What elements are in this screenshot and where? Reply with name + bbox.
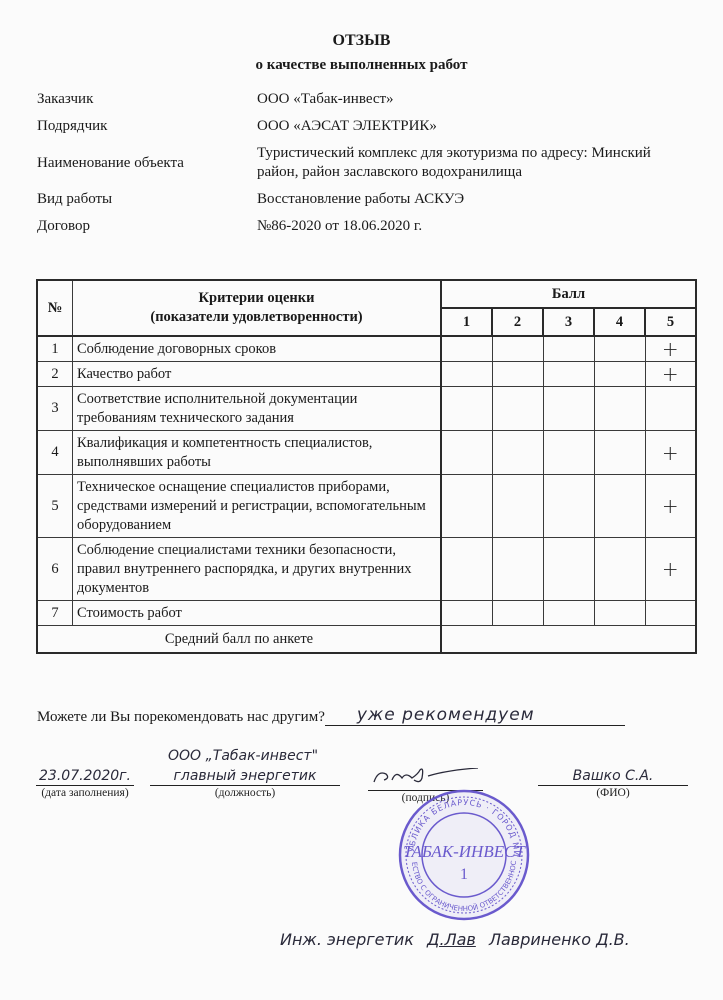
score-cell-2[interactable]	[492, 336, 543, 362]
score-cell-2[interactable]	[492, 601, 543, 626]
bottom-signature-block: Инж. энергетик Д.Лав Лавриненко Д.В.	[280, 930, 630, 949]
row-criteria: Стоимость работ	[73, 601, 442, 626]
score-cell-5[interactable]	[645, 387, 696, 431]
table-row: 2Качество работ+	[37, 362, 696, 387]
score-cell-2[interactable]	[492, 431, 543, 475]
score-cell-3[interactable]	[543, 475, 594, 538]
score-cell-4[interactable]	[594, 475, 645, 538]
info-label: Вид работы	[37, 190, 257, 209]
recommend-question: Можете ли Вы порекомендовать нас другим?	[37, 709, 325, 726]
score-cell-4[interactable]	[594, 336, 645, 362]
info-label: Подрядчик	[37, 117, 257, 136]
table-row: 3Соответствие исполнительной документаци…	[37, 387, 696, 431]
score-cell-5[interactable]: +	[645, 336, 696, 362]
position-caption: (должность)	[150, 787, 340, 799]
row-criteria: Техническое оснащение специалистов прибо…	[73, 475, 442, 538]
score-column-2: 2	[492, 308, 543, 336]
document-subtitle: о качестве выполненных работ	[0, 57, 723, 74]
stamp-company-name: ТАБАК-ИНВЕСТ	[403, 842, 526, 861]
row-criteria: Соблюдение специалистами техники безопас…	[73, 538, 442, 601]
bottom-name: Лавриненко Д.В.	[489, 930, 630, 949]
average-value[interactable]	[441, 626, 696, 654]
info-value: №86-2020 от 18.06.2020 г.	[257, 217, 687, 236]
info-row-customer: Заказчик ООО «Табак-инвест»	[37, 90, 687, 109]
score-cell-4[interactable]	[594, 362, 645, 387]
position-company: ООО „Табак-инвест"	[168, 748, 318, 764]
position-field: главный энергетик (должность)	[150, 768, 340, 799]
info-row-contractor: Подрядчик ООО «АЭСАТ ЭЛЕКТРИК»	[37, 117, 687, 136]
info-label: Договор	[37, 217, 257, 236]
row-criteria: Соблюдение договорных сроков	[73, 336, 442, 362]
name-value[interactable]: Вашко С.А.	[538, 768, 688, 786]
position-value[interactable]: главный энергетик	[150, 768, 340, 786]
average-row: Средний балл по анкете	[37, 626, 696, 654]
table-row: 5Техническое оснащение специалистов приб…	[37, 475, 696, 538]
score-cell-4[interactable]	[594, 431, 645, 475]
info-row-work-type: Вид работы Восстановление работы АСКУЭ	[37, 190, 687, 209]
row-criteria: Качество работ	[73, 362, 442, 387]
score-cell-1[interactable]	[441, 601, 492, 626]
info-value: Туристический комплекс для экотуризма по…	[257, 144, 687, 182]
name-field: Вашко С.А. (ФИО)	[538, 768, 688, 799]
score-cell-4[interactable]	[594, 387, 645, 431]
score-cell-1[interactable]	[441, 538, 492, 601]
score-column-4: 4	[594, 308, 645, 336]
row-number: 7	[37, 601, 73, 626]
criteria-body: 1Соблюдение договорных сроков+2Качество …	[37, 336, 696, 653]
criteria-table: № Критерии оценки (показатели удовлетвор…	[36, 279, 697, 654]
handwritten-signature-icon	[368, 768, 483, 785]
info-label: Заказчик	[37, 90, 257, 109]
score-cell-1[interactable]	[441, 431, 492, 475]
score-cell-3[interactable]	[543, 601, 594, 626]
table-row: 1Соблюдение договорных сроков+	[37, 336, 696, 362]
score-cell-5[interactable]: +	[645, 362, 696, 387]
recommend-answer-field[interactable]: уже рекомендуем	[325, 705, 625, 726]
row-number: 3	[37, 387, 73, 431]
info-value: ООО «АЭСАТ ЭЛЕКТРИК»	[257, 117, 687, 136]
name-caption: (ФИО)	[538, 787, 688, 799]
average-label: Средний балл по анкете	[37, 626, 441, 654]
row-criteria: Квалификация и компетентность специалист…	[73, 431, 442, 475]
document-title: ОТЗЫВ	[0, 32, 723, 50]
score-cell-2[interactable]	[492, 475, 543, 538]
score-cell-3[interactable]	[543, 431, 594, 475]
info-row-object: Наименование объекта Туристический компл…	[37, 144, 687, 182]
score-cell-1[interactable]	[441, 336, 492, 362]
score-cell-1[interactable]	[441, 475, 492, 538]
date-caption: (дата заполнения)	[36, 787, 134, 799]
row-number: 1	[37, 336, 73, 362]
row-criteria: Соответствие исполнительной документации…	[73, 387, 442, 431]
info-row-contract: Договор №86-2020 от 18.06.2020 г.	[37, 217, 687, 236]
score-cell-4[interactable]	[594, 538, 645, 601]
column-header-score: Балл	[441, 280, 696, 308]
info-label: Наименование объекта	[37, 154, 257, 173]
table-row: 4Квалификация и компетентность специалис…	[37, 431, 696, 475]
recommend-row: Можете ли Вы порекомендовать нас другим?…	[37, 705, 625, 726]
row-number: 4	[37, 431, 73, 475]
score-cell-3[interactable]	[543, 538, 594, 601]
score-column-1: 1	[441, 308, 492, 336]
score-cell-3[interactable]	[543, 336, 594, 362]
score-column-3: 3	[543, 308, 594, 336]
score-cell-2[interactable]	[492, 538, 543, 601]
company-stamp-icon: РЕСПУБЛИКА БЕЛАРУСЬ · ГОРОД МИНСК ОБЩЕСТ…	[396, 787, 532, 923]
score-cell-5[interactable]	[645, 601, 696, 626]
info-block: Заказчик ООО «Табак-инвест» Подрядчик ОО…	[37, 90, 687, 244]
date-value[interactable]: 23.07.2020г.	[36, 768, 134, 786]
criteria-header-line1: Критерии оценки	[77, 289, 436, 308]
table-row: 6Соблюдение специалистами техники безопа…	[37, 538, 696, 601]
score-cell-2[interactable]	[492, 387, 543, 431]
date-field: 23.07.2020г. (дата заполнения)	[36, 768, 134, 799]
score-column-5: 5	[645, 308, 696, 336]
bottom-initials-signature: Д.Лав	[427, 930, 476, 949]
score-cell-1[interactable]	[441, 362, 492, 387]
score-cell-2[interactable]	[492, 362, 543, 387]
score-cell-5[interactable]: +	[645, 475, 696, 538]
column-header-number: №	[37, 280, 73, 336]
score-cell-4[interactable]	[594, 601, 645, 626]
row-number: 6	[37, 538, 73, 601]
score-cell-3[interactable]	[543, 387, 594, 431]
column-header-criteria: Критерии оценки (показатели удовлетворен…	[73, 280, 442, 336]
score-cell-3[interactable]	[543, 362, 594, 387]
bottom-position: Инж. энергетик	[280, 930, 414, 949]
criteria-header-line2: (показатели удовлетворенности)	[77, 308, 436, 327]
table-row: 7Стоимость работ	[37, 601, 696, 626]
row-number: 2	[37, 362, 73, 387]
score-cell-5[interactable]: +	[645, 431, 696, 475]
stamp-number: 1	[460, 866, 468, 883]
info-value: ООО «Табак-инвест»	[257, 90, 687, 109]
row-number: 5	[37, 475, 73, 538]
score-cell-5[interactable]: +	[645, 538, 696, 601]
score-cell-1[interactable]	[441, 387, 492, 431]
info-value: Восстановление работы АСКУЭ	[257, 190, 687, 209]
